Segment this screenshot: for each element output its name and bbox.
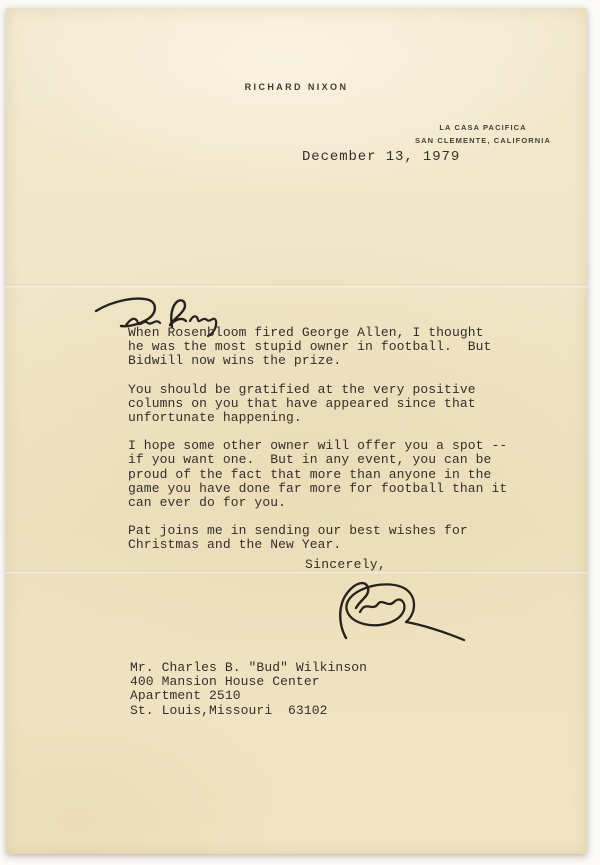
scan-background: RICHARD NIXON LA CASA PACIFICA SAN CLEME… (0, 0, 600, 865)
letter-body: When Rosenbloom fired George Allen, I th… (128, 326, 528, 567)
letter-paragraph: Pat joins me in sending our best wishes … (128, 524, 528, 552)
recipient-line: 400 Mansion House Center (130, 675, 367, 689)
recipient-address: Mr. Charles B. "Bud" Wilkinson 400 Mansi… (130, 661, 367, 718)
date-line: December 13, 1979 (302, 149, 460, 165)
letter-paragraph: You should be gratified at the very posi… (128, 383, 528, 426)
fold-crease-bottom (6, 570, 587, 575)
recipient-line: St. Louis,Missouri 63102 (130, 704, 367, 718)
pen-stroke (170, 300, 186, 327)
letterhead-address-line1: LA CASA PACIFICA (415, 121, 551, 134)
letterhead-address: LA CASA PACIFICA SAN CLEMENTE, CALIFORNI… (415, 121, 551, 147)
letterhead-address-line2: SAN CLEMENTE, CALIFORNIA (415, 134, 551, 147)
recipient-line: Apartment 2510 (130, 689, 367, 703)
pen-stroke (346, 584, 464, 640)
letter-paragraph: I hope some other owner will offer you a… (128, 439, 528, 510)
recipient-line: Mr. Charles B. "Bud" Wilkinson (130, 661, 367, 675)
pen-stroke (340, 583, 368, 638)
letterhead-name: RICHARD NIXON (6, 82, 587, 92)
handwritten-signature-script (310, 568, 475, 650)
letter-paragraph: When Rosenbloom fired George Allen, I th… (128, 326, 528, 369)
letter-paper: RICHARD NIXON LA CASA PACIFICA SAN CLEME… (6, 8, 587, 854)
